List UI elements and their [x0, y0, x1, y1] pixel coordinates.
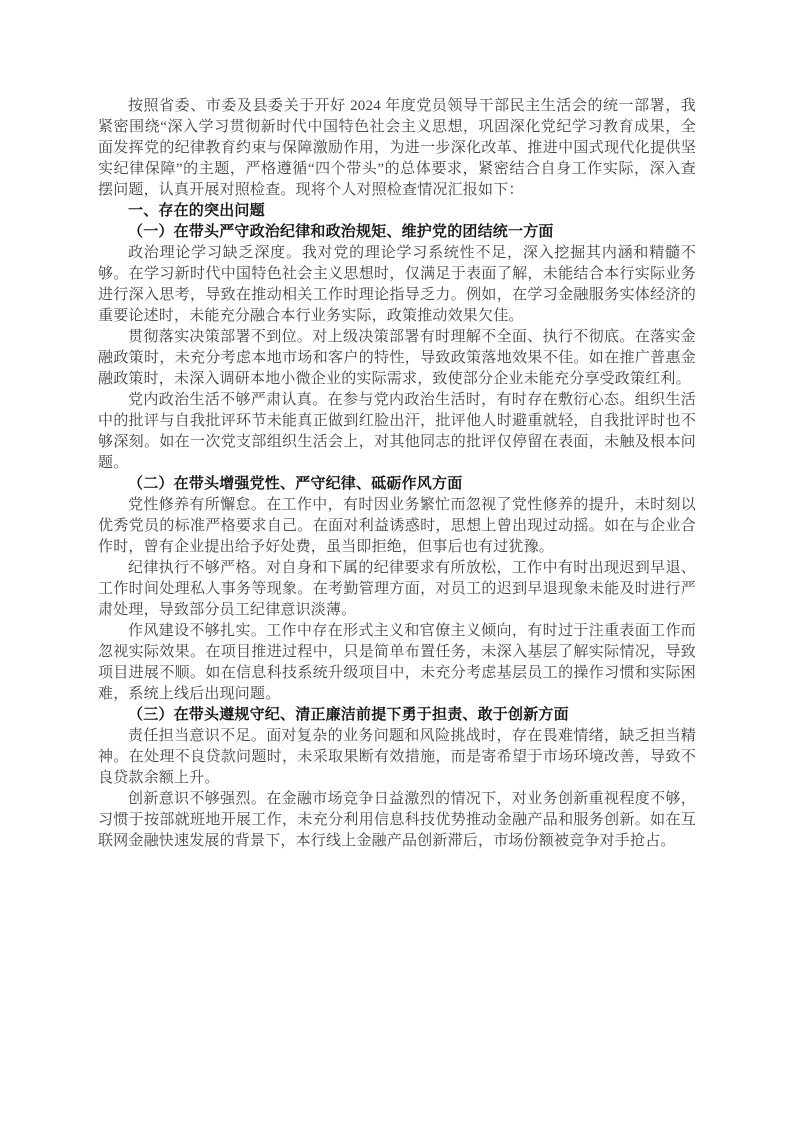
paragraph-party-life: 党内政治生活不够严肃认真。在参与党内政治生活时，有时存在敷衍心态。组织生活中的批…: [98, 390, 696, 474]
paragraph-theory-study: 政治理论学习缺乏深度。我对党的理论学习系统性不足，深入挖掘其内涵和精髓不够。在学…: [98, 243, 696, 327]
subsection-2-heading: （二）在带头增强党性、严守纪律、砥砺作风方面: [98, 474, 696, 495]
document-page: 按照省委、市委及县委关于开好 2024 年度党员领导干部民主生活会的统一部署，我…: [0, 0, 793, 1122]
section-1-heading: 一、存在的突出问题: [98, 201, 696, 222]
intro-paragraph: 按照省委、市委及县委关于开好 2024 年度党员领导干部民主生活会的统一部署，我…: [98, 96, 696, 201]
paragraph-policy-implementation: 贯彻落实决策部署不到位。对上级决策部署有时理解不全面、执行不彻底。在落实金融政策…: [98, 327, 696, 390]
paragraph-innovation: 创新意识不够强烈。在金融市场竞争日益激烈的情况下，对业务创新重视程度不够，习惯于…: [98, 789, 696, 852]
subsection-1-heading: （一）在带头严守政治纪律和政治规矩、维护党的团结统一方面: [98, 222, 696, 243]
subsection-3-heading: （三）在带头遵规守纪、清正廉洁前提下勇于担责、敢于创新方面: [98, 705, 696, 726]
paragraph-discipline: 纪律执行不够严格。对自身和下属的纪律要求有所放松，工作中有时出现迟到早退、工作时…: [98, 558, 696, 621]
paragraph-responsibility: 责任担当意识不足。面对复杂的业务问题和风险挑战时，存在畏难情绪，缺乏担当精神。在…: [98, 726, 696, 789]
document-body: 按照省委、市委及县委关于开好 2024 年度党员领导干部民主生活会的统一部署，我…: [98, 96, 696, 852]
paragraph-work-style: 作风建设不够扎实。工作中存在形式主义和官僚主义倾向，有时过于注重表面工作而忽视实…: [98, 621, 696, 705]
paragraph-party-spirit: 党性修养有所懈怠。在工作中，有时因业务繁忙而忽视了党性修养的提升，未时刻以优秀党…: [98, 495, 696, 558]
